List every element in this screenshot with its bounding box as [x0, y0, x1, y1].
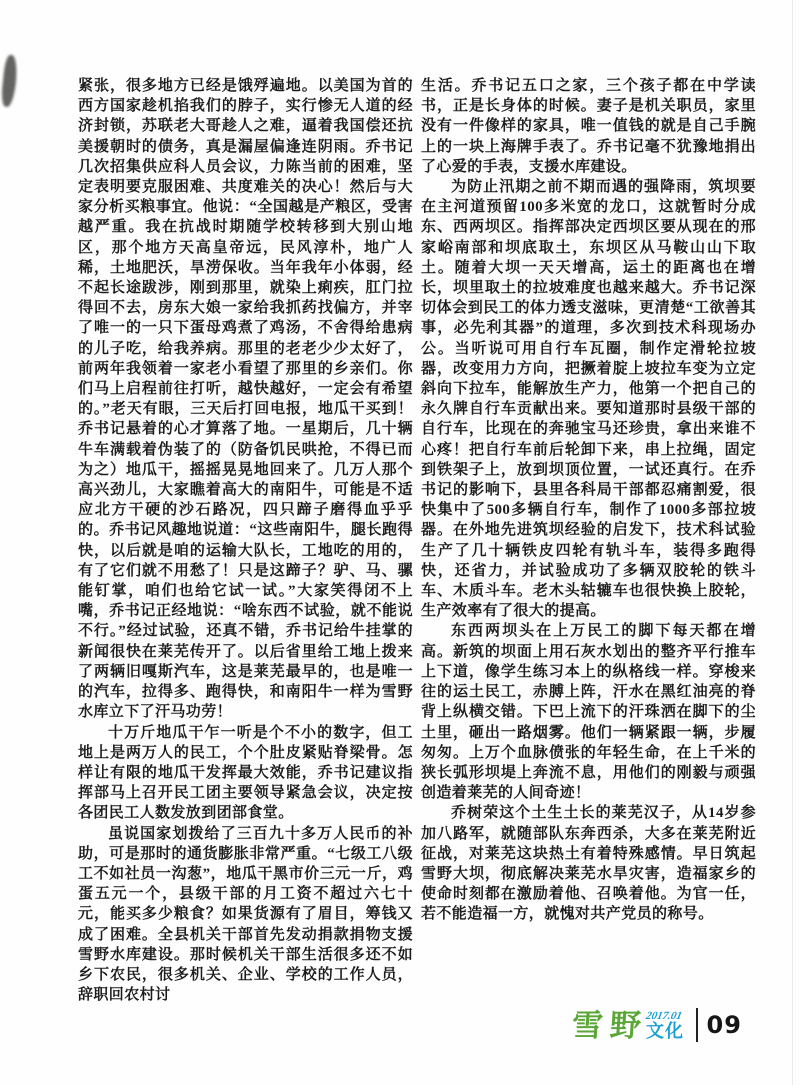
page-number: 09	[707, 1011, 742, 1039]
paragraph: 乔树荣这个土生土长的莱芜汉子，从14岁参加八路军，就随部队东奔西杀，大多在莱芜附…	[421, 803, 756, 924]
magazine-name-logotype: 雪野	[571, 1010, 649, 1041]
paragraph-continuation: 紧张，很多地方已经是饿殍遍地。以美国为首的西方国家趁机掐我们的脖子，实行惨无人道…	[78, 76, 413, 723]
paragraph: 十万斤地瓜干乍一听是个不小的数字，但工地上是两万人的民工，个个肚皮紧贴脊梁骨。怎…	[78, 723, 413, 824]
logo-stack: 2017.01 文化	[646, 1011, 684, 1041]
text-column-left: 紧张，很多地方已经是饿殍遍地。以美国为首的西方国家趁机掐我们的脖子，实行惨无人道…	[78, 76, 413, 1005]
page-footer: 雪野 2017.01 文化 09	[572, 1008, 742, 1042]
magazine-subtitle: 文化	[646, 1022, 684, 1041]
paragraph: 为防止汛期之前不期而遇的强降雨，筑坝要在主河道预留100多米宽的龙口，这就暂时分…	[421, 177, 756, 621]
footer-divider	[696, 1008, 698, 1042]
magazine-logo: 雪野 2017.01 文化	[572, 1010, 684, 1041]
paragraph: 虽说国家划拨给了三百九十多万人民币的补助，可是那时的通货膨胀非常严重。“七级工八…	[78, 824, 413, 1006]
scan-edge-line	[792, 0, 793, 1085]
scanned-document-page: 紧张，很多地方已经是饿殍遍地。以美国为首的西方国家趁机掐我们的脖子，实行惨无人道…	[0, 0, 800, 1085]
paragraph-continuation: 生活。乔书记五口之家，三个孩子都在中学读书，正是长身体的时候。妻子是机关职员，家…	[421, 76, 756, 177]
text-column-right: 生活。乔书记五口之家，三个孩子都在中学读书，正是长身体的时候。妻子是机关职员，家…	[421, 76, 756, 925]
paragraph: 东西两坝头在上万民工的脚下每天都在增高。新筑的坝面上用石灰水划出的整齐平行推车上…	[421, 621, 756, 803]
issue-date: 2017.01	[645, 1011, 683, 1022]
scan-ink-smudge	[0, 54, 18, 107]
